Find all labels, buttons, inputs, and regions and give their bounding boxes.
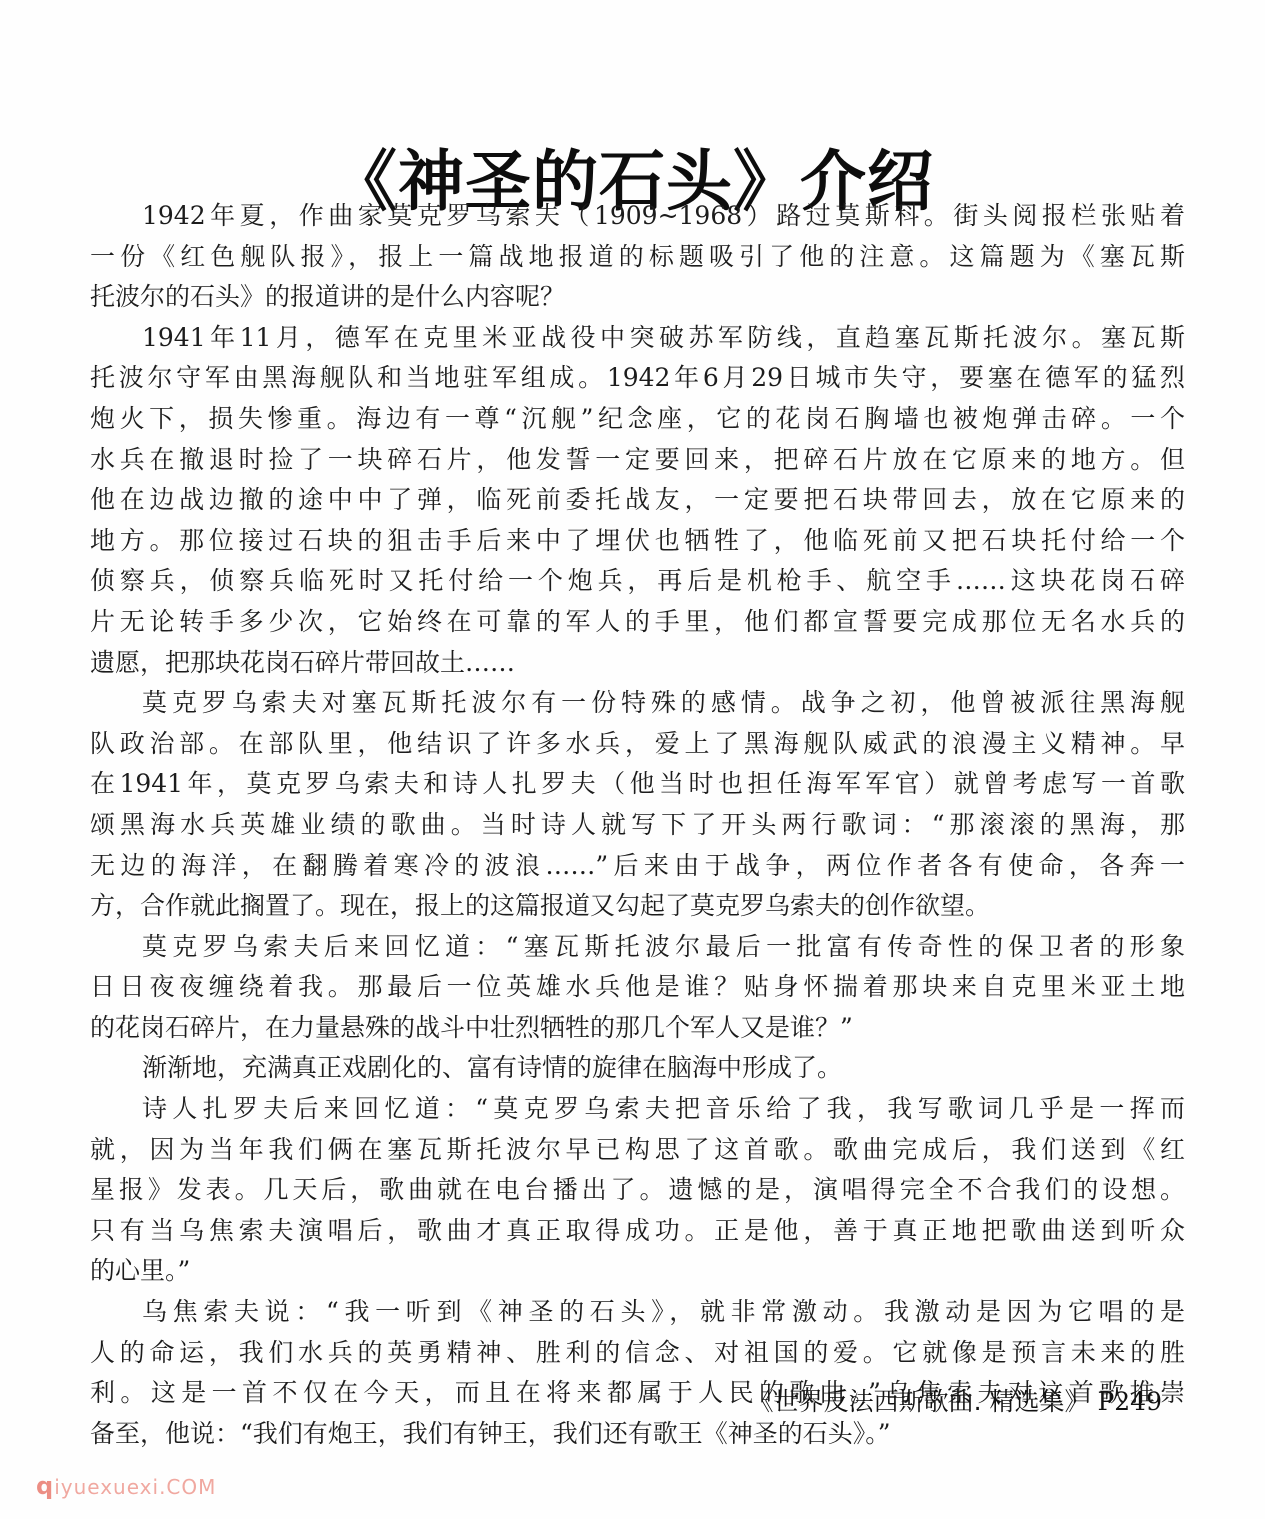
source-citation: 《世界反法西斯歌曲. 精选集》 P249 — [749, 1382, 1162, 1422]
text-line: 日日夜夜缠绕着我。那最后一位英雄水兵他是谁？贴身怀揣着那块来自克里米亚土地 — [90, 967, 1185, 1008]
document-page: 《神圣的石头》介绍 1942年夏，作曲家莫克罗乌索夫（1909~1968）路过莫… — [0, 0, 1265, 1519]
paragraph-3: 莫克罗乌索夫对塞瓦斯托波尔有一份特殊的感情。战争之初，他曾被派往黑海舰 队政治部… — [90, 683, 1185, 927]
text-line: 1942年夏，作曲家莫克罗乌索夫（1909~1968）路过莫斯科。街头阅报栏张贴… — [90, 196, 1185, 237]
text-line: 渐渐地，充满真正戏剧化的、富有诗情的旋律在脑海中形成了。 — [90, 1048, 1185, 1089]
text-line: 无边的海洋，在翻腾着寒冷的波浪……”后来由于战争，两位作者各有使命，各奔一 — [90, 846, 1185, 887]
text-line: 就，因为当年我们俩在塞瓦斯托波尔早已构思了这首歌。歌曲完成后，我们送到《红 — [90, 1130, 1185, 1171]
text-line: 地方。那位接过石块的狙击手后来中了埋伏也牺牲了，他临死前又把石块托付给一个 — [90, 521, 1185, 562]
text-line: 一份《红色舰队报》，报上一篇战地报道的标题吸引了他的注意。这篇题为《塞瓦斯 — [90, 237, 1185, 278]
text-line: 诗人扎罗夫后来回忆道：“莫克罗乌索夫把音乐给了我，我写歌词几乎是一挥而 — [90, 1089, 1185, 1130]
text-line: 炮火下，损失惨重。海边有一尊“沉舰”纪念座，它的花岗石胸墙也被炮弹击碎。一个 — [90, 399, 1185, 440]
text-line: 水兵在撤退时捡了一块碎石片，他发誓一定要回来，把碎石片放在它原来的地方。但 — [90, 440, 1185, 481]
text-line: 乌焦索夫说：“我一听到《神圣的石头》，就非常激动。我激动是因为它唱的是 — [90, 1292, 1185, 1333]
text-line: 方，合作就此搁置了。现在，报上的这篇报道又勾起了莫克罗乌索夫的创作欲望。 — [90, 886, 1185, 927]
text-line: 莫克罗乌索夫对塞瓦斯托波尔有一份特殊的感情。战争之初，他曾被派往黑海舰 — [90, 683, 1185, 724]
paragraph-6: 诗人扎罗夫后来回忆道：“莫克罗乌索夫把音乐给了我，我写歌词几乎是一挥而 就，因为… — [90, 1089, 1185, 1292]
watermark-logo-icon: q — [36, 1472, 54, 1500]
paragraph-4: 莫克罗乌索夫后来回忆道：“塞瓦斯托波尔最后一批富有传奇性的保卫者的形象 日日夜夜… — [90, 927, 1185, 1049]
text-line: 他在边战边撤的途中中了弹，临死前委托战友，一定要把石块带回去，放在它原来的 — [90, 480, 1185, 521]
text-line: 1941年11月，德军在克里米亚战役中突破苏军防线，直趋塞瓦斯托波尔。塞瓦斯 — [90, 318, 1185, 359]
text-line: 片无论转手多少次，它始终在可靠的军人的手里，他们都宣誓要完成那位无名水兵的 — [90, 602, 1185, 643]
source-page-number: P249 — [1097, 1387, 1162, 1416]
text-line: 莫克罗乌索夫后来回忆道：“塞瓦斯托波尔最后一批富有传奇性的保卫者的形象 — [90, 927, 1185, 968]
site-watermark: qiyuexuexi.COM — [36, 1474, 216, 1499]
text-line: 托波尔的石头》的报道讲的是什么内容呢？ — [90, 277, 1185, 318]
text-line: 的心里。” — [90, 1251, 1185, 1292]
text-line: 只有当乌焦索夫演唱后，歌曲才真正取得成功。正是他，善于真正地把歌曲送到听众 — [90, 1211, 1185, 1252]
paragraph-2: 1941年11月，德军在克里米亚战役中突破苏军防线，直趋塞瓦斯托波尔。塞瓦斯 托… — [90, 318, 1185, 683]
watermark-text: iyuexuexi.COM — [54, 1475, 216, 1499]
paragraph-7: 乌焦索夫说：“我一听到《神圣的石头》，就非常激动。我激动是因为它唱的是 人的命运… — [90, 1292, 1185, 1454]
text-line: 颂黑海水兵英雄业绩的歌曲。当时诗人就写下了开头两行歌词：“那滚滚的黑海，那 — [90, 805, 1185, 846]
paragraph-1: 1942年夏，作曲家莫克罗乌索夫（1909~1968）路过莫斯科。街头阅报栏张贴… — [90, 196, 1185, 318]
text-line: 侦察兵，侦察兵临死时又托付给一个炮兵，再后是机枪手、航空手……这块花岗石碎 — [90, 561, 1185, 602]
text-line: 遗愿，把那块花岗石碎片带回故土…… — [90, 643, 1185, 684]
text-line: 星报》发表。几天后，歌曲就在电台播出了。遗憾的是，演唱得完全不合我们的设想。 — [90, 1170, 1185, 1211]
article-body: 1942年夏，作曲家莫克罗乌索夫（1909~1968）路过莫斯科。街头阅报栏张贴… — [90, 196, 1185, 1454]
text-line: 托波尔守军由黑海舰队和当地驻军组成。1942年6月29日城市失守，要塞在德军的猛… — [90, 358, 1185, 399]
text-line: 人的命运，我们水兵的英勇精神、胜利的信念、对祖国的爱。它就像是预言未来的胜 — [90, 1333, 1185, 1374]
source-book-title: 《世界反法西斯歌曲. 精选集》 — [749, 1387, 1090, 1416]
text-line: 在1941年，莫克罗乌索夫和诗人扎罗夫（他当时也担任海军军官）就曾考虑写一首歌 — [90, 764, 1185, 805]
text-line: 的花岗石碎片，在力量悬殊的战斗中壮烈牺牲的那几个军人又是谁？” — [90, 1008, 1185, 1049]
paragraph-5: 渐渐地，充满真正戏剧化的、富有诗情的旋律在脑海中形成了。 — [90, 1048, 1185, 1089]
text-line: 队政治部。在部队里，他结识了许多水兵，爱上了黑海舰队威武的浪漫主义精神。早 — [90, 724, 1185, 765]
